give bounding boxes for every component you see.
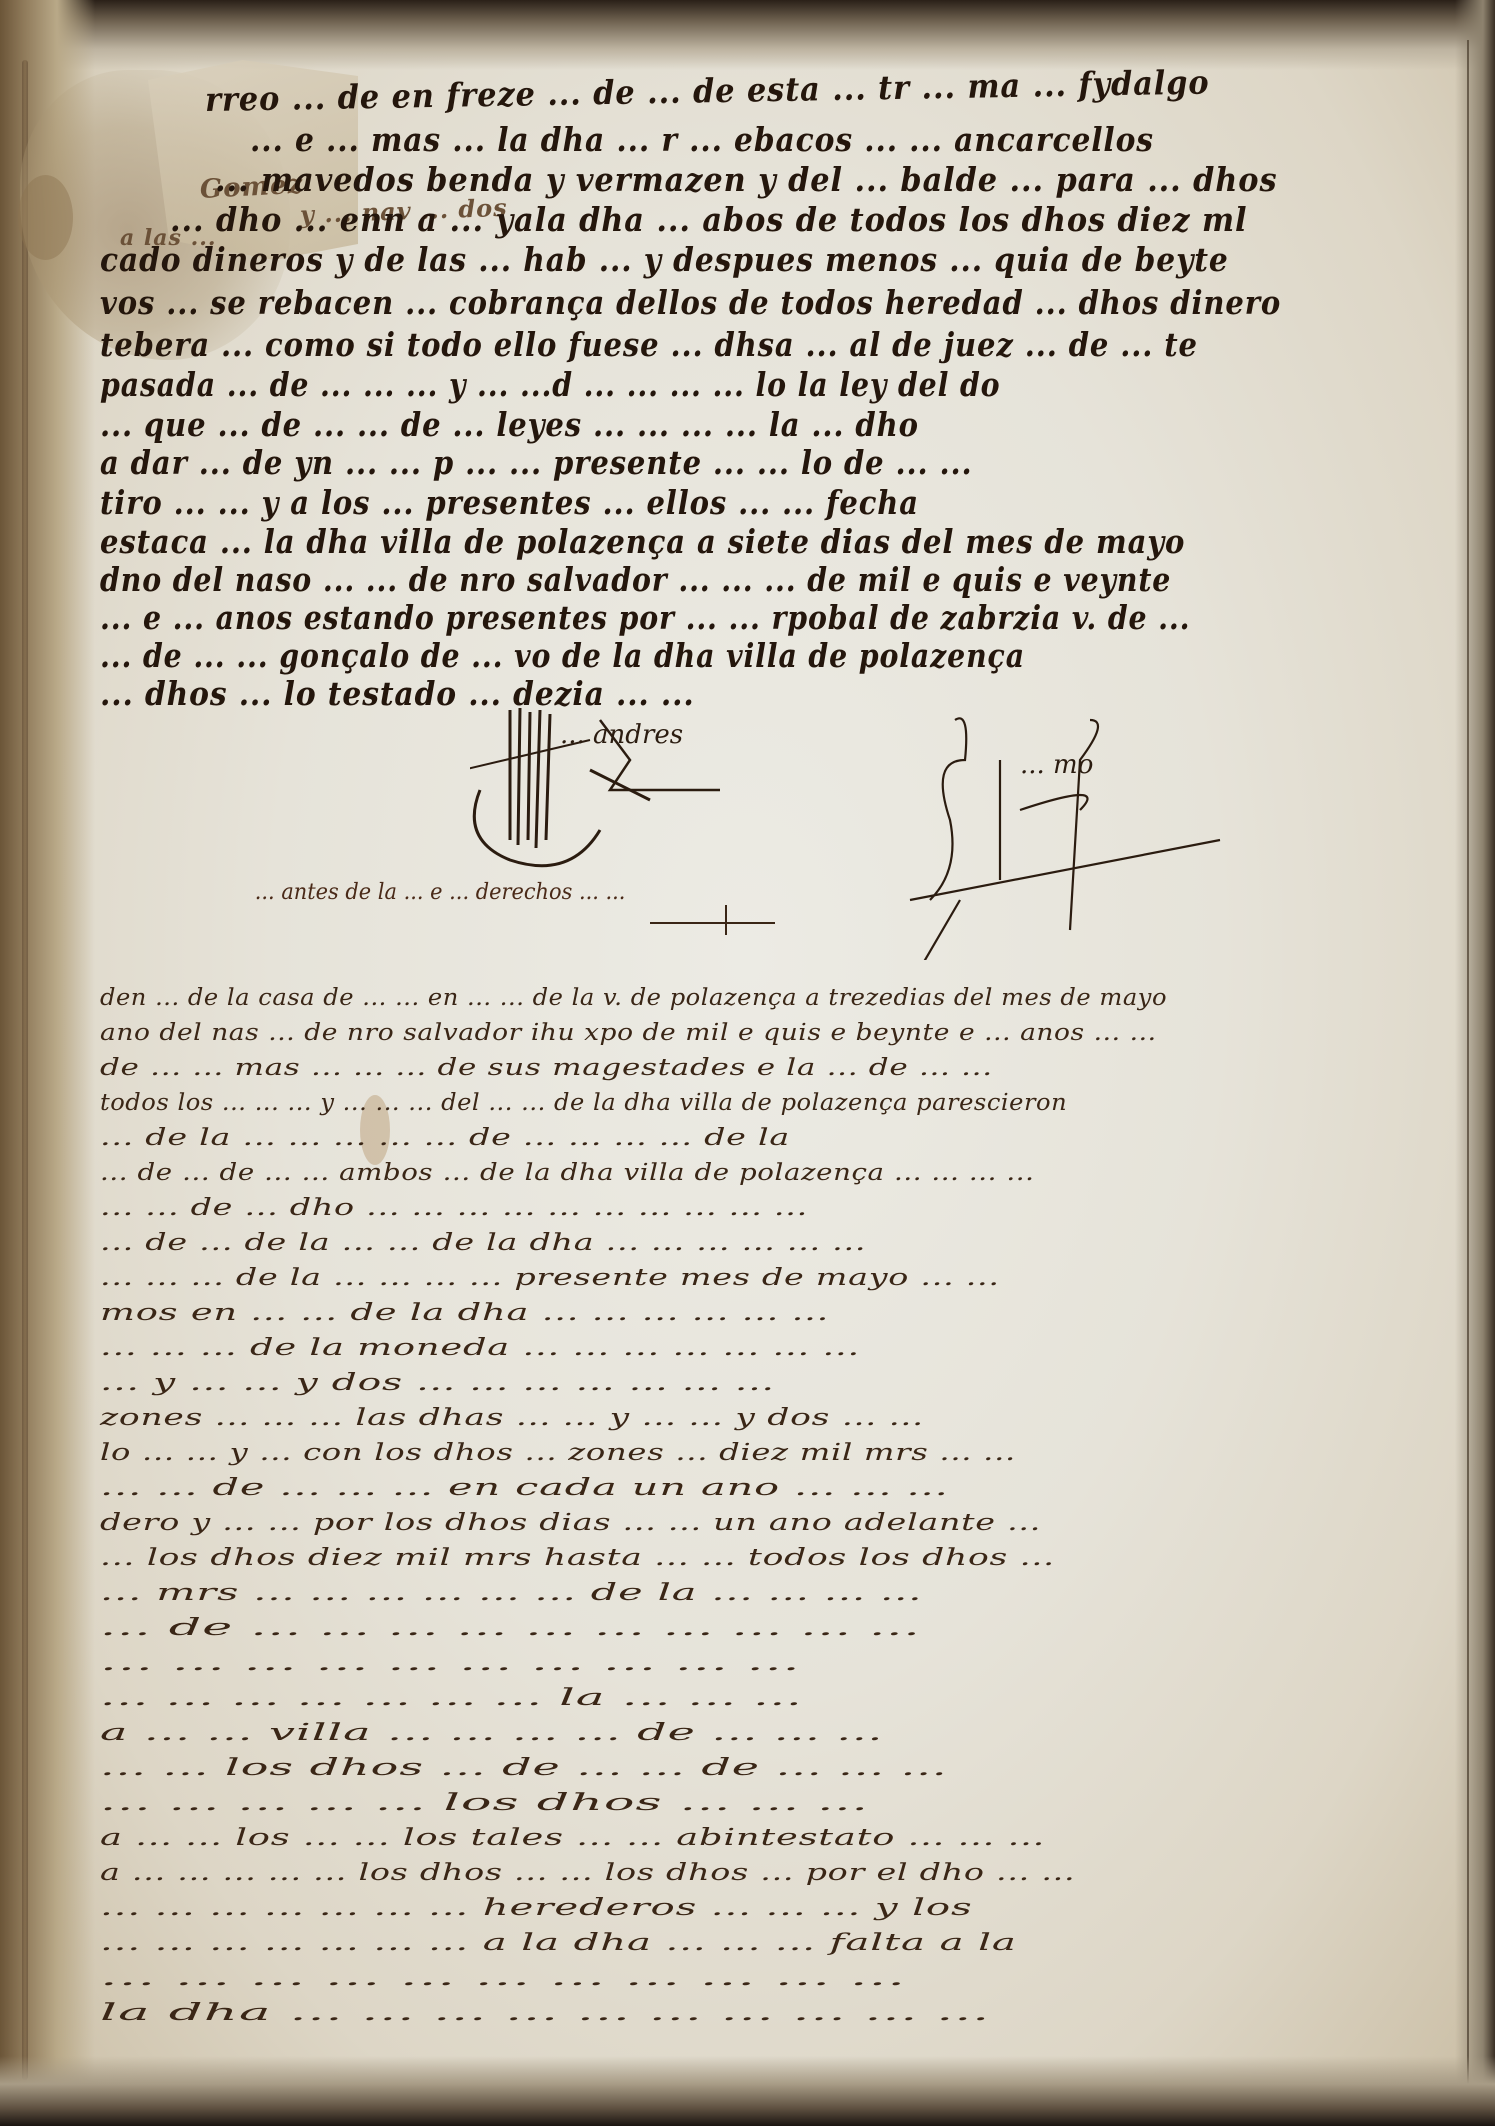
- text-line: ... de ... de ... ... ambos ... de la dh…: [100, 1160, 1035, 1186]
- text-line: mos en ... ... de la dha ... ... ... ...…: [100, 1300, 829, 1326]
- text-line: ... e ... anos estando presentes por ...…: [100, 598, 1190, 637]
- note-cross-mark: [725, 905, 727, 935]
- text-line: dno del naso ... ... de nro salvador ...…: [100, 560, 1171, 599]
- text-line: ... y ... ... y dos ... ... ... ... ... …: [100, 1370, 775, 1396]
- page-right-fold: [1467, 40, 1469, 2100]
- text-line: ... e ... mas ... la dha ... r ... ebaco…: [250, 120, 1154, 159]
- text-line: vos ... se rebacen ... cobrança dellos d…: [100, 283, 1281, 322]
- text-line: ... los dhos diez mil mrs hasta ... ... …: [100, 1545, 1055, 1571]
- text-line: lo ... ... y ... con los dhos ... zones …: [100, 1440, 1016, 1466]
- binding-crease: [22, 60, 28, 2080]
- text-line: a ... ... los ... ... los tales ... ... …: [100, 1825, 1045, 1851]
- text-line: estaca ... la dha villa de polazença a s…: [100, 522, 1185, 561]
- text-line: tiro ... ... y a los ... presentes ... e…: [100, 483, 919, 522]
- text-line: ... ... ... de la moneda ... ... ... ...…: [100, 1335, 860, 1361]
- text-line: pasada ... de ... ... ... y ... ...d ...…: [100, 365, 1000, 404]
- page-right-edge: [1455, 0, 1495, 2126]
- round-stain: [18, 175, 73, 260]
- text-line: ... ... los dhos ... de ... ... de ... .…: [100, 1755, 948, 1781]
- text-line: ... de la ... ... ... ... ... de ... ...…: [100, 1125, 790, 1151]
- text-line: ... ... ... de la ... ... ... ... presen…: [100, 1265, 1000, 1291]
- right-signature-rubric: ... mo: [870, 700, 1230, 960]
- text-line: dero y ... ... por los dhos dias ... ...…: [100, 1510, 1041, 1536]
- text-line: de ... ... mas ... ... ... de sus magest…: [100, 1055, 993, 1081]
- page-bottom-edge: [0, 2056, 1495, 2126]
- text-line: ... de ... ... gonçalo de ... vo de la d…: [100, 636, 1025, 675]
- text-line: ... mrs ... ... ... ... ... ... de la ..…: [100, 1580, 922, 1606]
- text-line: ... de ... de la ... ... de la dha ... .…: [100, 1230, 866, 1256]
- text-line: ... ... de ... dho ... ... ... ... ... .…: [100, 1195, 808, 1221]
- manuscript-page: Gomez y ... nav ... dos a las ... rreo .…: [0, 0, 1495, 2126]
- text-line: ... de ... ... ... ... ... ... ... ... .…: [100, 1615, 921, 1641]
- text-line: rreo ... de en freze ... de ... de esta …: [205, 62, 1210, 119]
- text-line: ano del nas ... de nro salvador ihu xpo …: [100, 1020, 1157, 1046]
- text-line: zones ... ... ... las dhas ... ... y ...…: [100, 1405, 924, 1431]
- text-line: la dha ... ... ... ... ... ... ... ... .…: [100, 2000, 990, 2026]
- text-line: todos los ... ... ... y ... ... ... del …: [100, 1090, 1067, 1116]
- marginal-note: ... antes de la ... e ... derechos ... .…: [255, 880, 626, 905]
- text-line: ... ... ... ... ... ... ... la ... ... .…: [100, 1685, 802, 1711]
- page-top-edge: [0, 0, 1495, 70]
- rubric-flourish-icon: [870, 700, 1230, 960]
- text-line: ... que ... de ... ... de ... leyes ... …: [100, 405, 919, 444]
- text-line: den ... de la casa de ... ... en ... ...…: [100, 985, 1167, 1011]
- note-underline: [650, 922, 775, 924]
- text-line: ... ... ... ... ... ... ... herederos ..…: [100, 1895, 973, 1921]
- signature-name: ... andres: [560, 720, 683, 750]
- text-line: ... dho ... enn a ... yala dha ... abos …: [170, 200, 1247, 239]
- text-line: a ... ... villa ... ... ... ... de ... .…: [100, 1720, 883, 1746]
- signature-name: ... mo: [1020, 750, 1093, 780]
- text-line: ... ... ... ... ... los dhos ... ... ...: [100, 1790, 869, 1816]
- text-line: ... ... de ... ... ... en cada un ano ..…: [100, 1475, 949, 1501]
- text-line: a ... ... ... ... ... los dhos ... ... l…: [100, 1860, 1075, 1886]
- text-line: ... ... ... ... ... ... ... a la dha ...…: [100, 1930, 1017, 1956]
- text-line: cado dineros y de las ... hab ... y desp…: [100, 240, 1229, 279]
- text-line: ... mavedos benda y vermazen y del ... b…: [215, 160, 1277, 199]
- text-line: ... ... ... ... ... ... ... ... ... ... …: [100, 1965, 906, 1991]
- text-line: ... ... ... ... ... ... ... ... ... ...: [100, 1650, 801, 1676]
- text-line: a dar ... de yn ... ... p ... ... presen…: [100, 443, 972, 482]
- text-line: tebera ... como si todo ello fuese ... d…: [100, 325, 1198, 364]
- left-signature-rubric: ... andres: [470, 700, 790, 880]
